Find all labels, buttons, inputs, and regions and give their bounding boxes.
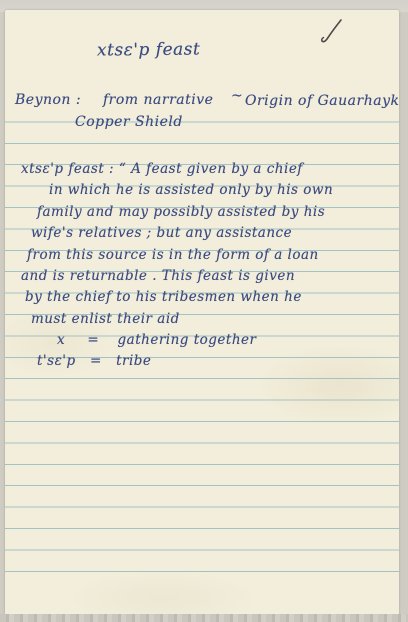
- paragraph-line: xtsε'p feast : “ A feast given by a chie…: [21, 159, 399, 180]
- glossary-meaning: tribe: [116, 353, 151, 369]
- paragraph-line: in which he is assisted only by his own: [49, 180, 399, 201]
- source-origin-title: Origin of Gauarhayk: [245, 93, 399, 109]
- paragraph-line: by the chief to his tribesmen when he: [25, 287, 399, 308]
- source-origin-title-line2: Copper Shield: [75, 114, 183, 130]
- checkmark-icon: [319, 17, 345, 49]
- definition-paragraph: xtsε'p feast : “ A feast given by a chie…: [5, 159, 399, 330]
- paragraph-line: family and may possibly assisted by his: [37, 202, 399, 223]
- note-title: xtsε'p feast: [97, 39, 200, 60]
- paragraph-line: must enlist their aid: [31, 309, 399, 330]
- glossary-term: t'sε'p: [37, 351, 76, 372]
- glossary: x = gathering together t'sε'p = tribe: [5, 330, 256, 373]
- glossary-term: x: [57, 330, 65, 351]
- glossary-entry: x = gathering together: [57, 330, 256, 351]
- paragraph-line: and is returnable . This feast is given: [21, 266, 399, 287]
- equals-sign: =: [69, 330, 113, 351]
- source-author: Beynon :: [15, 92, 81, 108]
- note-paper: xtsε'p feast Beynon : from narrative ~ O…: [5, 10, 399, 616]
- paragraph-line: wife's relatives ; but any assistance: [31, 223, 399, 244]
- equals-sign: =: [80, 351, 112, 372]
- scanned-note-page: { "note": { "title": "xtsε'p feast", "an…: [0, 0, 408, 622]
- paragraph-line: from this source is in the form of a loa…: [27, 245, 399, 266]
- glossary-entry: t'sε'p = tribe: [37, 351, 256, 372]
- glossary-meaning: gathering together: [118, 332, 257, 348]
- source-dash: ~: [231, 88, 243, 104]
- source-from-narrative: from narrative: [103, 92, 213, 108]
- scan-backdrop-edge: [0, 614, 408, 622]
